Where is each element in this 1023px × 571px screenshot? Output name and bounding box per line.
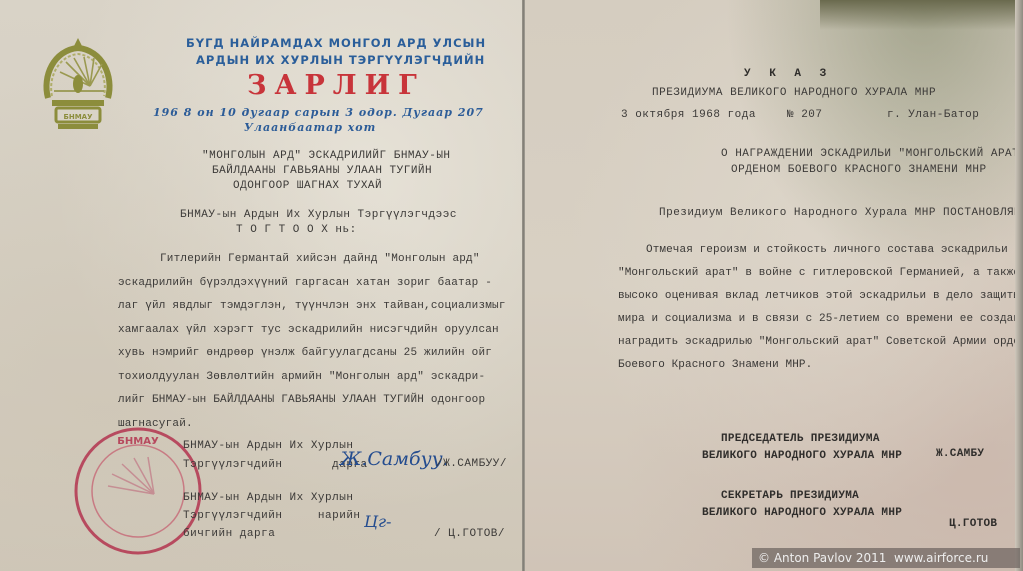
chairman-name: Ж.САМБУ	[936, 448, 984, 460]
signatory-2-line-3: бичгийн дарга	[183, 528, 275, 540]
signatory-2-name: / Ц.ГОТОВ/	[434, 528, 505, 540]
right-page-russian-decree: У К А З ПРЕЗИДИУМА ВЕЛИКОГО НАРОДНОГО ХУ…	[525, 0, 1023, 571]
body-line: тохиолдуулан Зөвлөлтийн армийн "Монголын…	[118, 366, 506, 390]
paper-stain	[820, 0, 1023, 30]
date-line: 196 8 он 10 дугаар сарын 3 одор. Дугаар …	[153, 106, 484, 119]
copyright-watermark: © Anton Pavlov 2011 www.airforce.ru	[752, 548, 1020, 568]
decree-place: г. Улан-Батор	[887, 109, 979, 121]
handwritten-signature-gotov: Цг-	[364, 512, 391, 531]
document-title: ЗАРЛИГ	[247, 70, 425, 101]
body-line: высоко оценивая вклад летчиков этой эска…	[618, 285, 1023, 308]
body-paragraph: Отмечая героизм и стойкость личного сост…	[618, 239, 1023, 377]
decree-date: 3 октября 1968 года	[621, 109, 756, 121]
body-line: наградить эскадрилью "Монгольский арат" …	[618, 331, 1023, 354]
place-line: Улаанбаатар хот	[244, 121, 376, 134]
ukaz-title: У К А З	[744, 68, 832, 80]
svg-text:БНМАУ: БНМАУ	[64, 113, 94, 121]
header-line-2: АРДЫН ИХ ХУРЛЫН ТЭРГҮҮЛЭГЧДИЙН	[196, 53, 485, 67]
subject-line-3: ОДОНГООР ШАГНАХ ТУХАЙ	[233, 180, 382, 192]
body-line: "Монгольский арат" в войне с гитлеровско…	[618, 262, 1023, 285]
decree-number: № 207	[787, 109, 823, 121]
subject-line-1: "МОНГОЛЫН АРД" ЭСКАДРИЛИЙГ БНМАУ-ЫН	[202, 150, 451, 162]
resolve-line-1: БНМАУ-ын Ардын Их Хурлын Тэргүүлэгчдээс	[180, 209, 457, 221]
body-line: хувь нэмрийг өндрөөр үнэлж байгуулагдсан…	[118, 342, 506, 366]
resolve-line-2: Т О Г Т О О Х нь:	[236, 224, 357, 236]
svg-text:БНМАУ: БНМАУ	[117, 436, 159, 447]
body-line: мира и социализма и в связи с 25-летием …	[618, 308, 1023, 331]
subject-line-2: БАЙЛДААНЫ ГАВЬЯАНЫ УЛААН ТУГИЙН	[212, 165, 432, 177]
signatory-2-line-1: БНМАУ-ын Ардын Их Хурлын	[183, 492, 353, 504]
signatory-1-name: /Ж.САМБУУ/	[436, 458, 507, 470]
left-page-mongolian-decree: БНМАУ БҮГД НАЙРАМДАХ МОНГОЛ АРД УЛСЫН АР…	[0, 0, 524, 571]
signatory-1-line-1: БНМАУ-ын Ардын Их Хурлын	[183, 440, 353, 452]
body-line: эскадрилийн бүрэлдэхүүний гаргасан хатан…	[118, 272, 506, 296]
chairman-title-line-2: ВЕЛИКОГО НАРОДНОГО ХУРАЛА МНР	[702, 450, 902, 462]
subject-line-2: ОРДЕНОМ БОЕВОГО КРАСНОГО ЗНАМЕНИ МНР	[731, 164, 987, 176]
body-line: хамгаалах үйл хэрэгт тус эскадрилийн нис…	[118, 319, 506, 343]
body-paragraph: Гитлерийн Германтай хийсэн дайнд "Монгол…	[118, 248, 506, 436]
signatory-2-line-2: Тэргүүлэгчдийн нарийн	[183, 510, 361, 522]
body-line: лийг БНМАУ-ын БАЙЛДААНЫ ГАВЬЯАНЫ УЛААН Т…	[118, 389, 506, 413]
body-line: Гитлерийн Германтай хийсэн дайнд "Монгол…	[118, 248, 506, 272]
secretary-name: Ц.ГОТОВ	[949, 518, 997, 530]
body-line: Отмечая героизм и стойкость личного сост…	[618, 239, 1023, 262]
resolve-line: Президиум Великого Народного Хурала МНР …	[659, 207, 1023, 219]
subject-line-1: О НАГРАЖДЕНИИ ЭСКАДРИЛЬИ "МОНГОЛЬСКИЙ АР…	[721, 148, 1023, 160]
state-emblem-icon: БНМАУ	[38, 36, 118, 132]
secretary-title-line-1: СЕКРЕТАРЬ ПРЕЗИДИУМА	[721, 490, 859, 502]
handwritten-signature-sambuu: Ж.Самбуу.	[340, 448, 449, 470]
secretary-title-line-2: ВЕЛИКОГО НАРОДНОГО ХУРАЛА МНР	[702, 507, 902, 519]
body-line: лаг үйл явдлыг тэмдэглэн, түүнчлэн энх т…	[118, 295, 506, 319]
body-line: Боевого Красного Знамени МНР.	[618, 354, 1023, 377]
paper-edge	[1015, 0, 1023, 571]
ukaz-subtitle: ПРЕЗИДИУМА ВЕЛИКОГО НАРОДНОГО ХУРАЛА МНР	[652, 87, 936, 99]
chairman-title-line-1: ПРЕДСЕДАТЕЛЬ ПРЕЗИДИУМА	[721, 433, 880, 445]
header-line-1: БҮГД НАЙРАМДАХ МОНГОЛ АРД УЛСЫН	[186, 36, 486, 50]
